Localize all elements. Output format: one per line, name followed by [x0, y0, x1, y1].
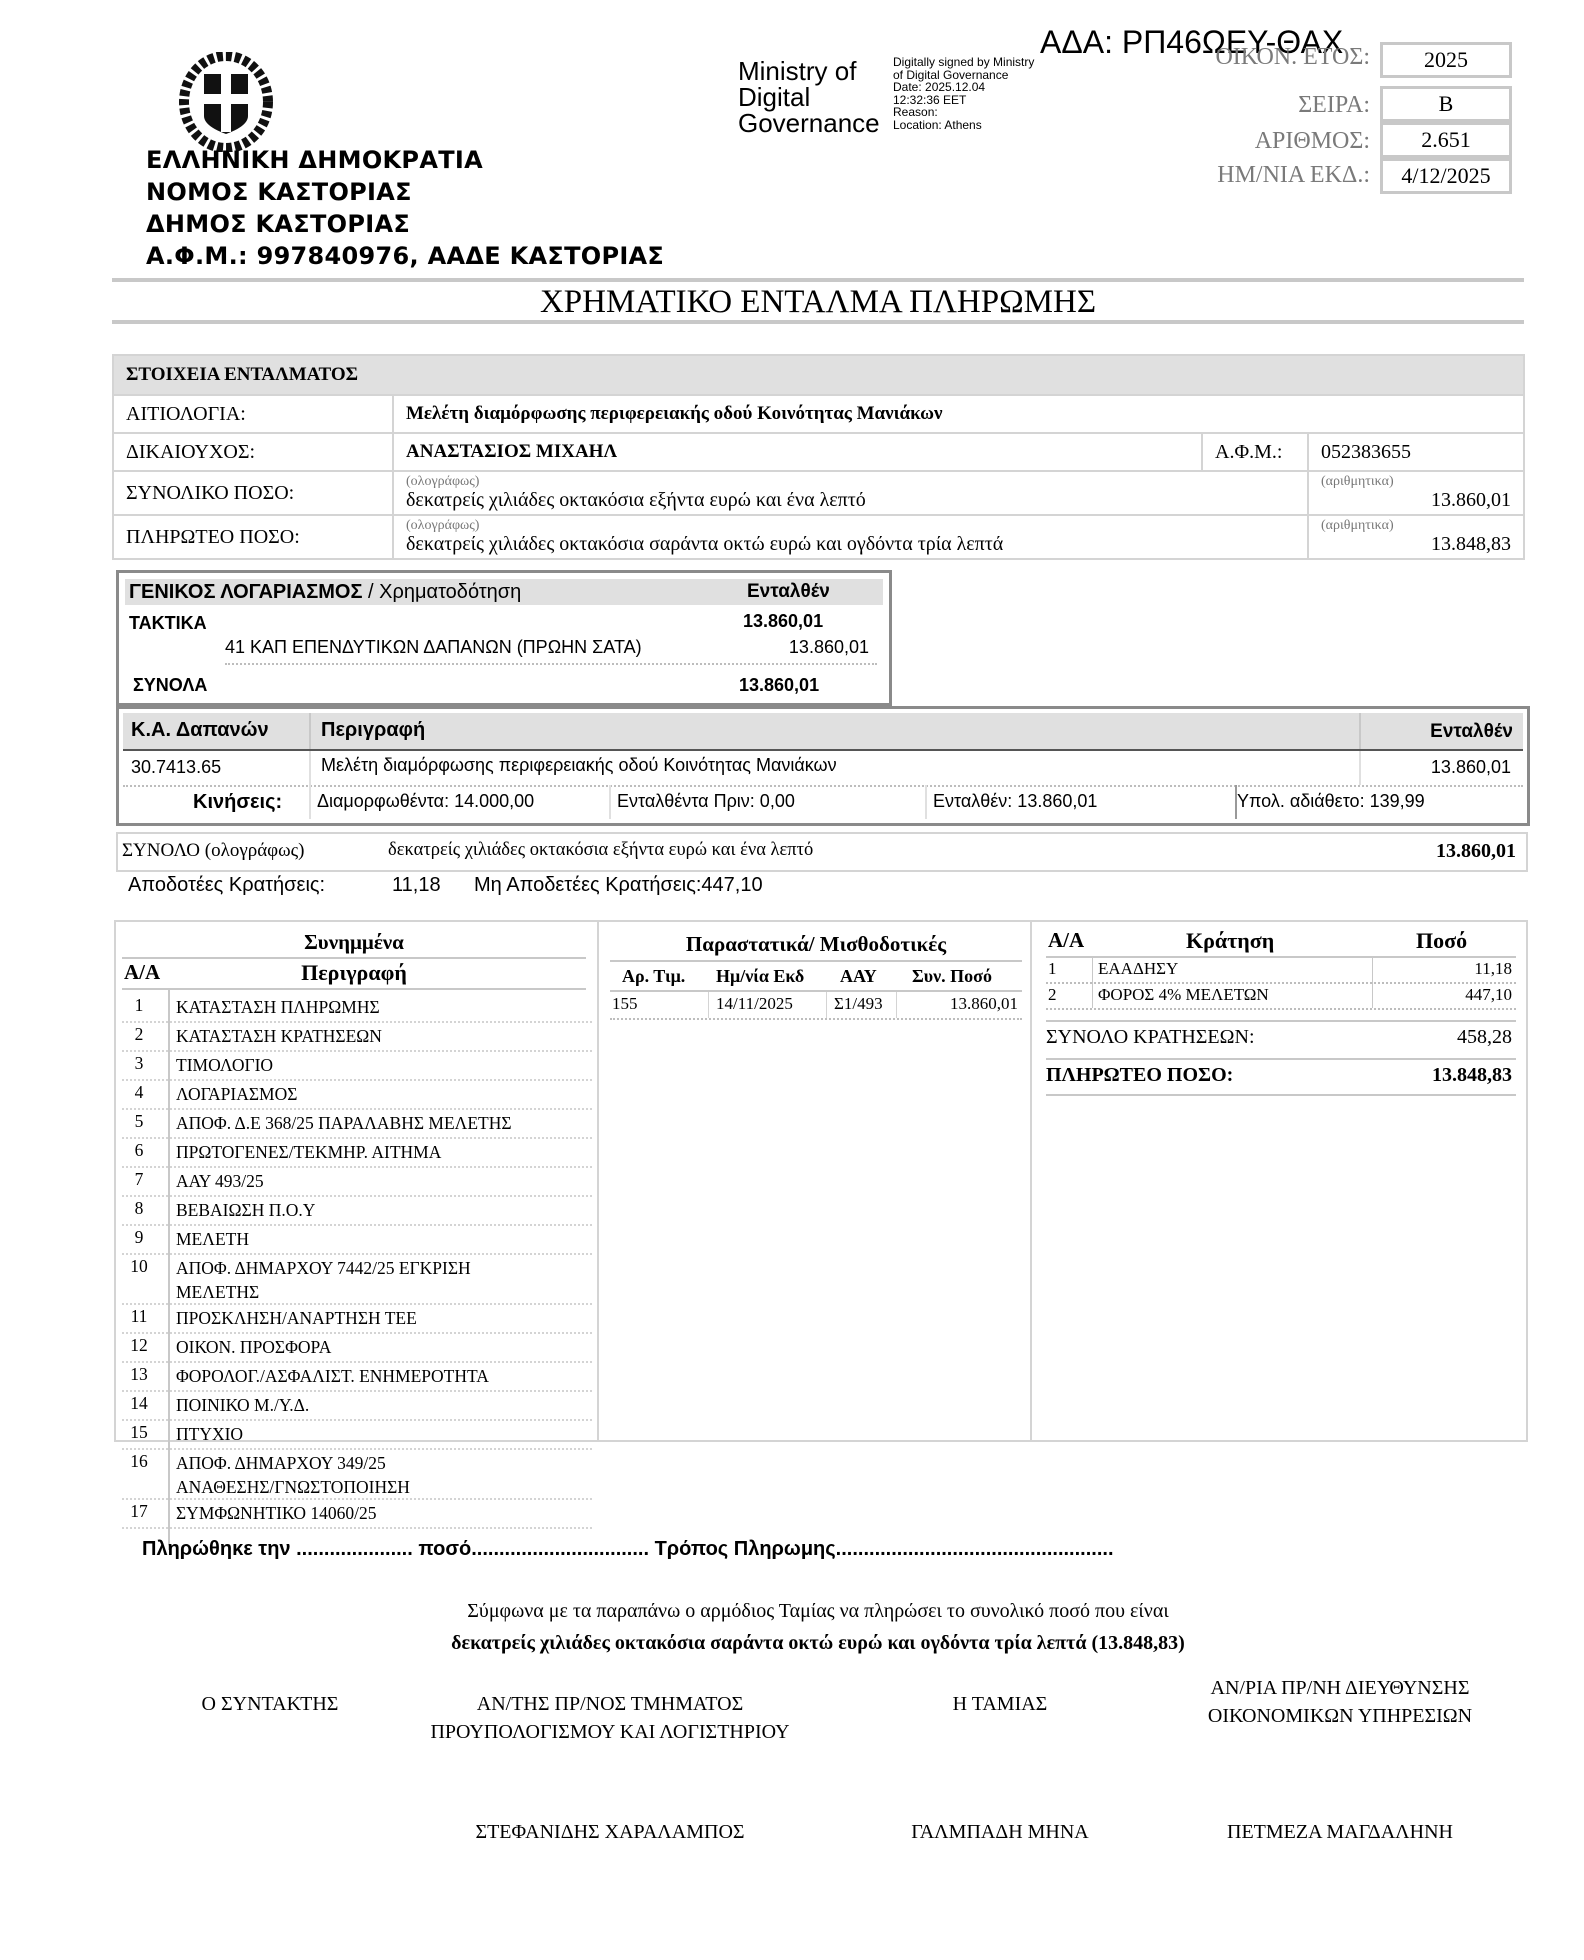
ministry-signature-name: Ministry of Digital Governance — [738, 58, 880, 136]
attachment-row: 12ΟΙΚΟΝ. ΠΡΟΣΦΟΡΑ — [122, 1332, 592, 1363]
divider — [896, 992, 897, 1018]
ministry-line: Ministry of — [738, 58, 880, 84]
attachment-description: ΑΠΟΦ. ΔΗΜΑΡΧΟΥ 7442/25 ΕΓΚΡΙΣΗΜΕΛΕΤΗΣ — [176, 1256, 471, 1304]
total-amount-column: Συν. Ποσό — [912, 966, 992, 987]
attachment-row: 10ΑΠΟΦ. ΔΗΜΑΡΧΟΥ 7442/25 ΕΓΚΡΙΣΗΜΕΛΕΤΗΣ — [122, 1253, 592, 1305]
divider — [1046, 1094, 1516, 1096]
attachment-number: 11 — [122, 1306, 156, 1327]
payable-deductions-value: 11,18 — [392, 874, 441, 897]
payable-amount-label: ΠΛΗΡΩΤΕΟ ΠΟΣΟ: — [1046, 1064, 1233, 1087]
attachment-row: 17ΣΥΜΦΩΝΗΤΙΚΟ 14060/25 — [122, 1498, 592, 1529]
attachment-row: 13ΦΟΡΟΛΟΓ./ΑΣΦΑΛΙΣΤ. ΕΝΗΜΕΡΟΤΗΤΑ — [122, 1361, 592, 1392]
ministry-line: Governance — [738, 110, 880, 136]
expense-issued-amount: 13.860,01 — [1431, 757, 1511, 778]
warrant-details-table: ΣΤΟΙΧΕΙΑ ΕΝΤΑΛΜΑΤΟΣ ΑΙΤΙΟΛΟΓΙΑ: Μελέτη δ… — [112, 354, 1525, 560]
issued-column: Ενταλθέν — [1430, 721, 1513, 743]
expense-code-row: 30.7413.65 Μελέτη διαμόρφωσης περιφερεια… — [123, 751, 1523, 787]
beneficiary-label: ΔΙΚΑΙΟΥΧΟΣ: — [113, 433, 393, 471]
attachment-description: ΛΟΓΑΡΙΑΣΜΟΣ — [176, 1082, 297, 1106]
payable-amount-label: ΠΛΗΡΩΤΕΟ ΠΟΣΟ: — [113, 515, 393, 559]
deduction-number: 1 — [1048, 959, 1057, 979]
divider — [112, 278, 1524, 282]
amount-column: Ποσό — [1416, 928, 1467, 954]
divider — [112, 320, 1524, 324]
attachment-row: 5ΑΠΟΦ. Δ.Ε 368/25 ΠΑΡΑΛΑΒΗΣ ΜΕΛΕΤΗΣ — [122, 1108, 592, 1139]
signature-line: Date: 2025.12.04 — [893, 81, 1034, 94]
attachment-description: ΠΟΙΝΙΚΟ Μ./Υ.Δ. — [176, 1393, 309, 1417]
voucher-row: 155 14/11/2025 Σ1/493 13.860,01 — [610, 992, 1022, 1020]
total-amount: 13.860,01 — [1436, 840, 1516, 863]
attachment-description-line: ΟΙΚΟΝ. ΠΡΟΣΦΟΡΑ — [176, 1335, 331, 1359]
attachment-description: ΜΕΛΕΤΗ — [176, 1227, 249, 1251]
divider — [1046, 1058, 1516, 1060]
attachments-title: Συνημμένα — [122, 930, 586, 955]
signature-line: Digitally signed by Ministry — [893, 56, 1034, 69]
signatory-name: ΣΤΕΦΑΝΙΔΗΣ ΧΑΡΑΛΑΜΠΟΣ — [400, 1818, 820, 1846]
role-line: Ο ΣΥΝΤΑΚΤΗΣ — [140, 1690, 400, 1718]
fiscal-year-value: 2025 — [1380, 42, 1512, 78]
attachment-description-line: ΠΟΙΝΙΚΟ Μ./Υ.Δ. — [176, 1393, 309, 1417]
invoice-number: 155 — [612, 994, 638, 1014]
attachment-description-line: ΛΟΓΑΡΙΑΣΜΟΣ — [176, 1082, 297, 1106]
movements-label: Κινήσεις: — [193, 791, 282, 814]
attachment-number: 13 — [122, 1364, 156, 1385]
attachment-number: 7 — [122, 1169, 156, 1190]
role-line: ΑΝ/ΡΙΑ ΠΡ/ΝΗ ΔΙΕΥΘΥΝΣΗΣ — [1160, 1674, 1520, 1702]
attachment-description: ΚΑΤΑΣΤΑΣΗ ΠΛΗΡΩΜΗΣ — [176, 995, 380, 1019]
attachment-number: 8 — [122, 1198, 156, 1219]
divider — [309, 751, 311, 785]
vouchers-title: Παραστατικά/ Μισθοδοτικές — [610, 932, 1022, 957]
greek-coat-of-arms-icon — [178, 52, 274, 152]
attachment-description: ΤΙΜΟΛΟΓΙΟ — [176, 1053, 273, 1077]
invoice-amount: 13.860,01 — [950, 994, 1018, 1014]
attachment-number: 10 — [122, 1256, 156, 1277]
attachment-description: ΑΠΟΦ. Δ.Ε 368/25 ΠΑΡΑΛΑΒΗΣ ΜΕΛΕΤΗΣ — [176, 1111, 512, 1135]
attachment-row: 2ΚΑΤΑΣΤΑΣΗ ΚΡΑΤΗΣΕΩΝ — [122, 1021, 592, 1052]
deduction-name: ΕΑΑΔΗΣΥ — [1098, 959, 1178, 979]
in-numbers-hint: (αριθμητικα) — [1321, 519, 1511, 533]
signatory-name: ΓΑΛΜΠΑΔΗ ΜΗΝΑ — [880, 1818, 1120, 1846]
attachment-description-line: ΑΠΟΦ. ΔΗΜΑΡΧΟΥ 7442/25 ΕΓΚΡΙΣΗ — [176, 1256, 471, 1280]
movements-row: Κινήσεις: Διαμορφωθέντα: 14.000,00 Ενταλ… — [123, 785, 1523, 819]
attachment-description: ΠΡΟΣΚΛΗΣΗ/ΑΝΑΡΤΗΣΗ ΤΕΕ — [176, 1306, 417, 1330]
number-value: 2.651 — [1380, 122, 1512, 158]
deduction-number: 2 — [1048, 985, 1057, 1005]
attachment-description-line: ΣΥΜΦΩΝΗΤΙΚΟ 14060/25 — [176, 1501, 377, 1525]
issuer-tax-id: Α.Φ.Μ.: 997840976, ΑΑΔΕ ΚΑΣΤΟΡΙΑΣ — [146, 240, 664, 272]
issuer-line: ΝΟΜΟΣ ΚΑΣΤΟΡΙΑΣ — [146, 176, 664, 208]
attachment-row: 8ΒΕΒΑΙΩΣΗ Π.Ο.Υ — [122, 1195, 592, 1226]
expense-code-box: Κ.Α. Δαπανών Περιγραφή Ενταλθέν 30.7413.… — [116, 706, 1530, 826]
afm-value: 052383655 — [1308, 433, 1524, 471]
payable-amount-words: δεκατρείς χιλιάδες οκτακόσια σαράντα οκτ… — [406, 533, 1003, 555]
issuer-line: ΕΛΛΗΝΙΚΗ ΔΗΜΟΚΡΑΤΙΑ — [146, 144, 664, 176]
divider — [826, 992, 827, 1018]
divider — [610, 960, 1022, 962]
beneficiary-value: ΑΝΑΣΤΑΣΙΟΣ ΜΙΧΑΗΛ — [393, 433, 1202, 471]
account-line-row: 41 ΚΑΠ ΕΠΕΝΔΥΤΙΚΩΝ ΔΑΠΑΝΩΝ (ΠΡΩΗΝ ΣΑΤΑ) … — [225, 637, 877, 665]
deduction-amount: 11,18 — [1474, 959, 1512, 979]
issue-date-value: 4/12/2025 — [1380, 158, 1512, 194]
deduction-column: Κράτηση — [1186, 928, 1274, 954]
attachment-description: ΑΑΥ 493/25 — [176, 1169, 264, 1193]
attachment-description-line: ΒΕΒΑΙΩΣΗ Π.Ο.Υ — [176, 1198, 315, 1222]
aay-column: ΑΑΥ — [840, 966, 877, 987]
invoice-date: 14/11/2025 — [716, 994, 793, 1014]
issue-date-label: ΗΜ/ΝΙΑ ΕΚΔ.: — [1110, 162, 1370, 189]
in-words-hint: (ολογράφως) — [406, 475, 1295, 489]
payment-instruction: Σύμφωνα με τα παραπάνω ο αρμόδιος Ταμίας… — [112, 1600, 1524, 1623]
general-account-box: ΓΕΝΙΚΟΣ ΛΟΓΑΡΙΑΣΜΟΣ / Χρηματοδότηση Εντα… — [116, 570, 892, 706]
series-value: Β — [1380, 86, 1512, 122]
in-words-hint: (ολογράφως) — [406, 519, 1295, 533]
attachments-list: Συνημμένα Α/Α Περιγραφή 1ΚΑΤΑΣΤΑΣΗ ΠΛΗΡΩ… — [122, 930, 586, 1930]
divider — [1046, 1020, 1516, 1022]
attachment-description-line: ΠΡΩΤΟΓΕΝΕΣ/ΤΕΚΜΗΡ. ΑΙΤΗΜΑ — [176, 1140, 441, 1164]
attachment-number: 1 — [122, 995, 156, 1016]
attachment-row: 7ΑΑΥ 493/25 — [122, 1166, 592, 1197]
regular-label: ΤΑΚΤΙΚΑ — [129, 613, 207, 634]
in-numbers-hint: (αριθμητικα) — [1321, 475, 1511, 489]
deduction-amount: 447,10 — [1465, 985, 1512, 1005]
role-line: Η ΤΑΜΙΑΣ — [880, 1690, 1120, 1718]
issue-date-column: Ημ/νία Εκδ — [716, 966, 804, 987]
attachment-description-line: ΑΝΑΘΕΣΗΣ/ΓΝΩΣΤΟΠΟΙΗΣΗ — [176, 1475, 410, 1499]
issued-amount: Ενταλθέν: 13.860,01 — [933, 791, 1097, 812]
payment-instruction-amount: δεκατρείς χιλιάδες οκτακόσια σαράντα οκτ… — [112, 1632, 1524, 1655]
divider — [309, 713, 311, 749]
attachment-row: 4ΛΟΓΑΡΙΑΣΜΟΣ — [122, 1079, 592, 1110]
deductions-total-amount: 458,28 — [1457, 1026, 1512, 1049]
signature-line: Location: Athens — [893, 119, 1034, 132]
divider — [122, 988, 586, 990]
attachment-description-line: ΜΕΛΕΤΗ — [176, 1227, 249, 1251]
attachment-description-line: ΚΑΤΑΣΤΑΣΗ ΠΛΗΡΩΜΗΣ — [176, 995, 380, 1019]
attachment-row: 16ΑΠΟΦ. ΔΗΜΑΡΧΟΥ 349/25ΑΝΑΘΕΣΗΣ/ΓΝΩΣΤΟΠΟ… — [122, 1448, 592, 1500]
section-header: ΣΤΟΙΧΕΙΑ ΕΝΤΑΛΜΑΤΟΣ — [113, 355, 1524, 395]
deduction-row: 1 ΕΑΑΔΗΣΥ 11,18 — [1046, 958, 1516, 984]
total-in-words-value: δεκατρείς χιλιάδες οκτακόσια εξήντα ευρώ… — [388, 840, 813, 861]
attachment-description: ΦΟΡΟΛΟΓ./ΑΣΦΑΛΙΣΤ. ΕΝΗΜΕΡΟΤΗΤΑ — [176, 1364, 489, 1388]
attachment-row: 9ΜΕΛΕΤΗ — [122, 1224, 592, 1255]
divider — [122, 957, 586, 959]
expense-code-header: Κ.Α. Δαπανών Περιγραφή Ενταλθέν — [123, 713, 1523, 751]
attachment-description-line: ΜΕΛΕΤΗΣ — [176, 1280, 471, 1304]
general-account-header: ΓΕΝΙΚΟΣ ΛΟΓΑΡΙΑΣΜΟΣ / Χρηματοδότηση Εντα… — [125, 579, 883, 605]
divider — [309, 785, 311, 819]
number-label: ΑΡΙΘΜΟΣ: — [1110, 128, 1370, 155]
attachment-number: 16 — [122, 1451, 156, 1472]
attachment-number: 5 — [122, 1111, 156, 1132]
signatory-name: ΠΕΤΜΕΖΑ ΜΑΓΔΑΛΗΝΗ — [1160, 1818, 1520, 1846]
issued-column-header: Ενταλθέν — [747, 579, 830, 605]
signatory-role: Η ΤΑΜΙΑΣ — [880, 1690, 1120, 1718]
description-column: Περιγραφή — [321, 719, 425, 742]
issuer-line: ΔΗΜΟΣ ΚΑΣΤΟΡΙΑΣ — [146, 208, 664, 240]
account-line-amount: 13.860,01 — [789, 637, 869, 658]
attachment-description: ΠΤΥΧΙΟ — [176, 1422, 243, 1446]
total-amount-value: 13.860,01 — [1431, 489, 1511, 511]
description-column: Περιγραφή — [122, 960, 586, 986]
totals-label: ΣΥΝΟΛΑ — [133, 675, 207, 696]
general-account-title: ΓΕΝΙΚΟΣ ΛΟΓΑΡΙΑΣΜΟΣ — [129, 581, 362, 603]
attachment-number: 2 — [122, 1024, 156, 1045]
reason-value: Μελέτη διαμόρφωσης περιφερειακής οδού Κο… — [393, 395, 1524, 433]
attachment-description: ΚΑΤΑΣΤΑΣΗ ΚΡΑΤΗΣΕΩΝ — [176, 1024, 382, 1048]
signatory-role: ΑΝ/ΡΙΑ ΠΡ/ΝΗ ΔΙΕΥΘΥΝΣΗΣ ΟΙΚΟΝΟΜΙΚΩΝ ΥΠΗΡ… — [1160, 1674, 1520, 1730]
page-title: ΧΡΗΜΑΤΙΚΟ ΕΝΤΑΛΜΑ ΠΛΗΡΩΜΗΣ — [112, 284, 1524, 321]
attachment-row: 6ΠΡΩΤΟΓΕΝΕΣ/ΤΕΚΜΗΡ. ΑΙΤΗΜΑ — [122, 1137, 592, 1168]
deduction-name: ΦΟΡΟΣ 4% ΜΕΛΕΤΩΝ — [1098, 985, 1269, 1005]
attachment-description-line: ΚΑΤΑΣΤΑΣΗ ΚΡΑΤΗΣΕΩΝ — [176, 1024, 382, 1048]
attachment-description: ΣΥΜΦΩΝΗΤΙΚΟ 14060/25 — [176, 1501, 377, 1525]
digital-signature-details: Digitally signed by Ministry of Digital … — [893, 56, 1034, 131]
attachment-number: 9 — [122, 1227, 156, 1248]
payment-record-line: Πληρώθηκε την ..................... ποσό… — [142, 1538, 1114, 1561]
attachment-row: 11ΠΡΟΣΚΛΗΣΗ/ΑΝΑΡΤΗΣΗ ΤΕΕ — [122, 1303, 592, 1334]
reason-label: ΑΙΤΙΟΛΟΓΙΑ: — [113, 395, 393, 433]
account-line-label: 41 ΚΑΠ ΕΠΕΝΔΥΤΙΚΩΝ ΔΑΠΑΝΩΝ (ΠΡΩΗΝ ΣΑΤΑ) — [225, 637, 642, 658]
attachment-number: 15 — [122, 1422, 156, 1443]
totals-amount: 13.860,01 — [739, 675, 819, 696]
regular-amount: 13.860,01 — [743, 611, 823, 632]
attachment-number: 6 — [122, 1140, 156, 1161]
aa-column: Α/Α — [1048, 928, 1084, 953]
divider — [597, 920, 599, 1440]
fiscal-year-label: ΟΙΚΟΝ. ΕΤΟΣ: — [1110, 44, 1370, 71]
invoice-number-column: Αρ. Τιμ. — [622, 966, 685, 987]
attachment-number: 17 — [122, 1501, 156, 1522]
invoice-aay: Σ1/493 — [834, 994, 883, 1014]
payable-deductions-label: Αποδοτέες Κρατήσεις: — [128, 874, 325, 897]
afm-label: Α.Φ.Μ.: — [1202, 433, 1308, 471]
signatory-role: Ο ΣΥΝΤΑΚΤΗΣ — [140, 1690, 400, 1718]
attachment-description: ΟΙΚΟΝ. ΠΡΟΣΦΟΡΑ — [176, 1335, 331, 1359]
role-line: ΠΡΟΥΠΟΛΟΓΙΣΜΟΥ ΚΑΙ ΛΟΓΙΣΤΗΡΙΟΥ — [400, 1718, 820, 1746]
attachment-row: 14ΠΟΙΝΙΚΟ Μ./Υ.Δ. — [122, 1390, 592, 1421]
total-amount-words: δεκατρείς χιλιάδες οκτακόσια εξήντα ευρώ… — [406, 489, 866, 511]
attachment-number: 12 — [122, 1335, 156, 1356]
role-line: ΟΙΚΟΝΟΜΙΚΩΝ ΥΠΗΡΕΣΙΩΝ — [1160, 1702, 1520, 1730]
attachment-description-line: ΠΤΥΧΙΟ — [176, 1422, 243, 1446]
attachment-description-line: ΑΠΟΦ. ΔΗΜΑΡΧΟΥ 349/25 — [176, 1451, 410, 1475]
series-label: ΣΕΙΡΑ: — [1110, 92, 1370, 119]
divider — [925, 785, 927, 819]
attachment-number: 3 — [122, 1053, 156, 1074]
payable-amount-value: 13.848,83 — [1431, 533, 1511, 555]
signature-line: Reason: — [893, 106, 1034, 119]
attachment-row: 1ΚΑΤΑΣΤΑΣΗ ΠΛΗΡΩΜΗΣ — [122, 992, 592, 1023]
attachment-description-line: ΠΡΟΣΚΛΗΣΗ/ΑΝΑΡΤΗΣΗ ΤΕΕ — [176, 1306, 417, 1330]
signatory-role: ΑΝ/ΤΗΣ ΠΡ/ΝΟΣ ΤΜΗΜΑΤΟΣ ΠΡΟΥΠΟΛΟΓΙΣΜΟΥ ΚΑ… — [400, 1690, 820, 1746]
deduction-row: 2 ΦΟΡΟΣ 4% ΜΕΛΕΤΩΝ 447,10 — [1046, 984, 1516, 1010]
expense-description: Μελέτη διαμόρφωσης περιφερειακής οδού Κο… — [321, 755, 837, 776]
role-line: ΑΝ/ΤΗΣ ΠΡ/ΝΟΣ ΤΜΗΜΑΤΟΣ — [400, 1690, 820, 1718]
attachment-description: ΠΡΩΤΟΓΕΝΕΣ/ΤΕΚΜΗΡ. ΑΙΤΗΜΑ — [176, 1140, 441, 1164]
deductions-total-label: ΣΥΝΟΛΟ ΚΡΑΤΗΣΕΩΝ: — [1046, 1026, 1255, 1049]
ministry-line: Digital — [738, 84, 880, 110]
previously-issued-amount: Ενταλθέντα Πριν: 0,00 — [617, 791, 795, 812]
total-in-words-label: ΣΥΝΟΛΟ (ολογράφως) — [122, 840, 304, 862]
attachment-number: 4 — [122, 1082, 156, 1103]
attachment-row: 3ΤΙΜΟΛΟΓΙΟ — [122, 1050, 592, 1081]
payable-amount-value: 13.848,83 — [1432, 1064, 1512, 1087]
funding-label: / Χρηματοδότηση — [362, 581, 521, 603]
attachment-description-line: ΑΠΟΦ. Δ.Ε 368/25 ΠΑΡΑΛΑΒΗΣ ΜΕΛΕΤΗΣ — [176, 1111, 512, 1135]
attachment-row: 15ΠΤΥΧΙΟ — [122, 1419, 592, 1450]
attachment-description-line: ΦΟΡΟΛΟΓ./ΑΣΦΑΛΙΣΤ. ΕΝΗΜΕΡΟΤΗΤΑ — [176, 1364, 489, 1388]
attachment-description: ΑΠΟΦ. ΔΗΜΑΡΧΟΥ 349/25ΑΝΑΘΕΣΗΣ/ΓΝΩΣΤΟΠΟΙΗ… — [176, 1451, 410, 1499]
total-in-words-row: ΣΥΝΟΛΟ (ολογράφως) δεκατρείς χιλιάδες οκ… — [116, 832, 1528, 872]
issuer-block: ΕΛΛΗΝΙΚΗ ΔΗΜΟΚΡΑΤΙΑ ΝΟΜΟΣ ΚΑΣΤΟΡΙΑΣ ΔΗΜΟ… — [146, 144, 664, 272]
remaining-balance: Υπολ. αδιάθετο: 139,99 — [1237, 791, 1425, 812]
non-payable-deductions: Μη Αποδετέες Κρατήσεις:447,10 — [474, 874, 763, 897]
expense-code-value: 30.7413.65 — [131, 757, 221, 778]
configured-amount: Διαμορφωθέντα: 14.000,00 — [317, 791, 534, 812]
divider — [1030, 920, 1032, 1440]
divider — [1359, 751, 1361, 785]
attachment-description: ΒΕΒΑΙΩΣΗ Π.Ο.Υ — [176, 1198, 315, 1222]
total-amount-label: ΣΥΝΟΛΙΚΟ ΠΟΣΟ: — [113, 471, 393, 515]
divider — [708, 992, 709, 1018]
divider — [1359, 713, 1361, 749]
divider — [609, 785, 611, 819]
attachment-description-line: ΑΑΥ 493/25 — [176, 1169, 264, 1193]
attachment-description-line: ΤΙΜΟΛΟΓΙΟ — [176, 1053, 273, 1077]
expense-code-column: Κ.Α. Δαπανών — [131, 719, 269, 742]
attachment-number: 14 — [122, 1393, 156, 1414]
